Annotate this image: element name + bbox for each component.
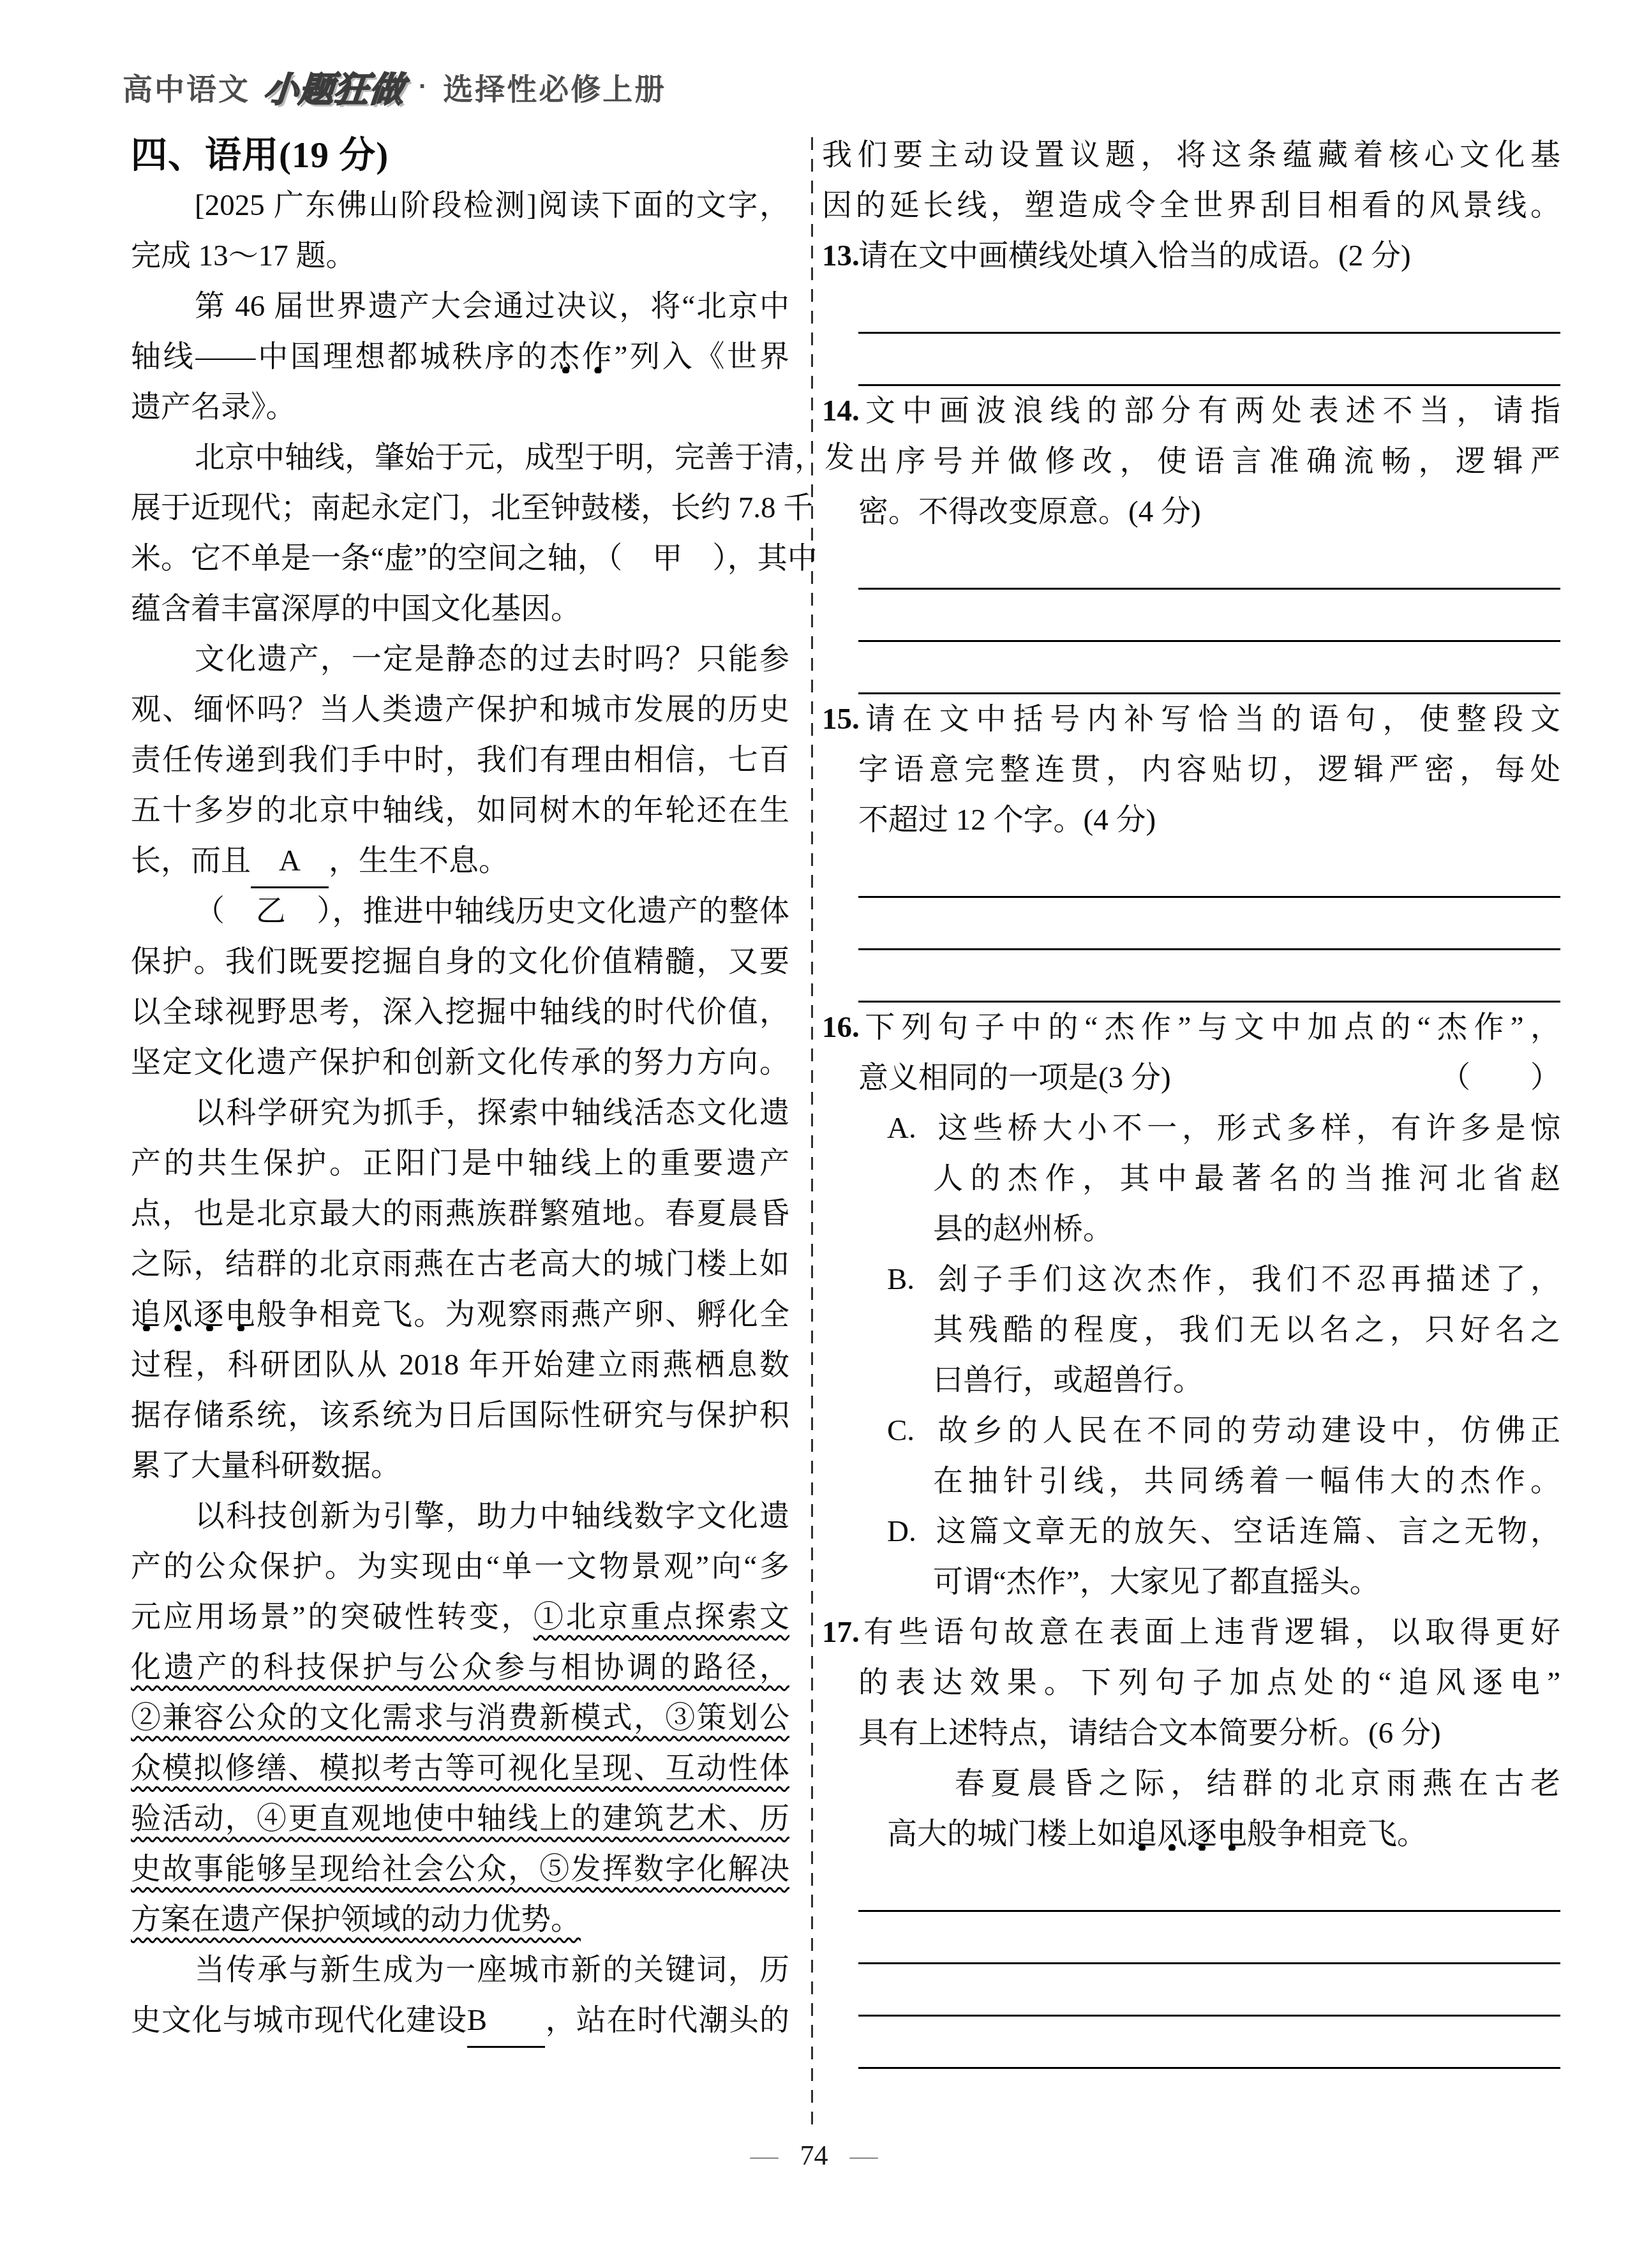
wavy-underlined-text: 众模拟修缮、模拟考古等可视化呈现、互动性体 <box>131 1752 789 1785</box>
plain-text: 文中画波浪线的部分有两处表述不当，请指 <box>858 394 1560 428</box>
item-number: A. <box>887 1103 933 1154</box>
item-number: 14. <box>822 386 858 436</box>
emphasis-dotted-text: 逐 <box>1187 1817 1217 1851</box>
plain-text: 产的公众保护。为实现由“单一文物景观”向“多 <box>131 1550 789 1583</box>
wavy-underlined-text: ①北京重点探索文 <box>534 1600 789 1634</box>
text-line: 密。不得改变原意。(4 分) <box>822 487 1560 537</box>
text-line: 我们要主动设置议题，将这条蕴藏着核心文化基 <box>822 130 1560 181</box>
plain-text: 我们要主动设置议题，将这条蕴藏着核心文化基 <box>822 138 1560 172</box>
plain-text: 般争相竞飞。 <box>1247 1817 1427 1851</box>
text-line: D.这篇文章无的放矢、空话连篇、言之无物， <box>822 1507 1560 1557</box>
wavy-underlined-text: ②兼容公众的文化需求与消费新模式，③策划公 <box>131 1701 789 1735</box>
text-line: 其残酷的程度，我们无以名之，只好名之 <box>822 1305 1560 1355</box>
item-number: D. <box>887 1507 933 1557</box>
plain-text: 高大的城门楼上如 <box>887 1817 1127 1851</box>
emphasis-dotted-text: 逐 <box>194 1298 225 1331</box>
text-line: 意义相同的一项是(3 分)（ ） <box>822 1053 1560 1103</box>
plain-text: 产的共生保护。正阳门是中轴线上的重要遗产 <box>131 1147 789 1180</box>
answer-blank-line <box>858 642 1560 694</box>
text-line: 16.下列句子中的“杰作”与文中加点的“杰作”， <box>822 1003 1560 1053</box>
emphasis-dotted-text: 作 <box>582 340 615 373</box>
plain-text: 点，也是北京最大的雨燕族群繁殖地。春夏晨昏 <box>131 1197 789 1230</box>
text-line: 曰兽行，或超兽行。 <box>822 1355 1560 1406</box>
answer-blank-line <box>858 537 1560 590</box>
text-line: 米。它不单是一条“虚”的空间之轴，（ 甲 ），其中 <box>131 533 789 584</box>
plain-text: 有些语句故意在表面上违背逻辑，以取得更好 <box>858 1616 1560 1649</box>
plain-text: 元应用场景”的突破性转变， <box>131 1600 534 1634</box>
text-line: 累了大量科研数据。 <box>131 1441 789 1491</box>
plain-text: ，生生不息。 <box>329 844 509 877</box>
wavy-underlined-text: 化遗产的科技保护与公众参与相协调的路径， <box>131 1651 789 1684</box>
fill-in-blank: A <box>251 836 329 888</box>
text-line: 因的延长线，塑造成令全世界刮目相看的风景线。 <box>822 181 1560 231</box>
plain-text: 字语意完整连贯，内容贴切，逻辑严密，每处 <box>858 753 1560 786</box>
plain-text: 第 46 届世界遗产大会通过决议，将“北京中 <box>195 290 789 323</box>
emphasis-dotted-text: 风 <box>162 1298 193 1331</box>
plain-text: 下列句子中的“杰作”与文中加点的“杰作”， <box>858 1011 1560 1044</box>
plain-text: 出序号并做修改，使语言准确流畅，逻辑严 <box>858 445 1560 478</box>
answer-blank-line <box>858 1912 1560 1964</box>
answer-blank-line <box>858 898 1560 950</box>
text-line: 出序号并做修改，使语言准确流畅，逻辑严 <box>822 436 1560 487</box>
text-line: 可谓“杰作”，大家见了都直摇头。 <box>822 1557 1560 1608</box>
text-line: 展于近现代；南起永定门，北至钟鼓楼，长约 7.8 千 <box>131 483 789 533</box>
plain-text: 可谓“杰作”，大家见了都直摇头。 <box>933 1565 1380 1599</box>
answer-blank-line <box>858 334 1560 386</box>
text-line: 14.文中画波浪线的部分有两处表述不当，请指 <box>822 386 1560 436</box>
text-line: 蕴含着丰富深厚的中国文化基因。 <box>131 584 789 634</box>
text-line: 之际，结群的北京雨燕在古老高大的城门楼上如 <box>131 1239 789 1290</box>
series-logo: 小题狂做 <box>262 63 407 112</box>
text-line: 保护。我们既要挖掘自身的文化价值精髓，又要 <box>131 937 789 987</box>
text-line: 高大的城门楼上如追风逐电般争相竞飞。 <box>822 1809 1560 1860</box>
fill-in-blank: B <box>467 1996 545 2048</box>
header-volume-title: 选择性必修上册 <box>443 66 666 108</box>
text-line: 以全球视野思考，深入挖掘中轴线的时代价值， <box>131 987 789 1038</box>
emphasis-dotted-text: 电 <box>225 1298 257 1331</box>
text-line: 史故事能够呈现给社会公众，⑤发挥数字化解决 <box>131 1844 789 1895</box>
plain-text: 展于近现代；南起永定门，北至钟鼓楼，长约 7.8 千 <box>131 491 813 525</box>
header-separator-dot: · <box>419 73 429 101</box>
text-line: 元应用场景”的突破性转变，①北京重点探索文 <box>131 1592 789 1643</box>
plain-text: （ 乙 ），推进中轴线历史文化遗产的整体 <box>195 895 789 928</box>
emphasis-dotted-text: 追 <box>131 1298 162 1331</box>
plain-text: 曰兽行，或超兽行。 <box>933 1364 1203 1397</box>
text-line: 追风逐电般争相竞飞。为观察雨燕产卵、孵化全 <box>131 1290 789 1340</box>
text-line: 县的赵州桥。 <box>822 1204 1560 1255</box>
answer-blank-line <box>858 590 1560 642</box>
plain-text: 观、缅怀吗？当人类遗产保护和城市发展的历史 <box>131 693 789 726</box>
text-line: 轴线——中国理想都城秩序的杰作”列入《世界 <box>131 332 789 382</box>
text-line: 以科学研究为抓手，探索中轴线活态文化遗 <box>131 1088 789 1138</box>
text-line: [2025 广东佛山阶段检测]阅读下面的文字， <box>131 181 789 231</box>
wavy-underlined-text: 史故事能够呈现给社会公众，⑤发挥数字化解决 <box>131 1853 789 1886</box>
answer-blank-line <box>858 1964 1560 2017</box>
text-line: 化遗产的科技保护与公众参与相协调的路径， <box>131 1643 789 1693</box>
plain-text: 因的延长线，塑造成令全世界刮目相看的风景线。 <box>822 189 1560 222</box>
wavy-underlined-text: 方案在遗产保护领域的动力优势。 <box>131 1903 581 1936</box>
plain-text: 以全球视野思考，深入挖掘中轴线的时代价值， <box>131 996 789 1029</box>
text-line: A.这些桥大小不一，形式多样，有许多是惊 <box>822 1103 1560 1154</box>
text-line: 点，也是北京最大的雨燕族群繁殖地。春夏晨昏 <box>131 1189 789 1239</box>
plain-text: 蕴含着丰富深厚的中国文化基因。 <box>131 592 581 625</box>
text-line: 以科技创新为引擎，助力中轴线数字文化遗 <box>131 1491 789 1542</box>
plain-text: 请在文中画横线处填入恰当的成语。(2 分) <box>858 239 1411 272</box>
plain-text: 县的赵州桥。 <box>933 1212 1113 1246</box>
plain-text: 春夏晨昏之际，结群的北京雨燕在古老 <box>955 1767 1560 1800</box>
answer-blank-line <box>858 281 1560 334</box>
text-line: 春夏晨昏之际，结群的北京雨燕在古老 <box>822 1759 1560 1809</box>
emphasis-dotted-text: 追 <box>1127 1817 1157 1851</box>
answer-blank-line <box>858 846 1560 898</box>
plain-text: ，站在时代潮头的 <box>545 2004 789 2037</box>
footer-dash-left: — <box>729 2140 800 2171</box>
answer-blank-line <box>858 2017 1560 2069</box>
plain-text: 人的杰作，其中最著名的当推河北省赵 <box>933 1162 1560 1195</box>
footer-dash-right: — <box>828 2140 900 2171</box>
plain-text: 米。它不单是一条“虚”的空间之轴，（ 甲 ），其中 <box>131 542 818 575</box>
text-line: 方案在遗产保护领域的动力优势。 <box>131 1895 789 1945</box>
text-line: 15.请在文中括号内补写恰当的语句，使整段文 <box>822 694 1560 745</box>
text-line: 的表达效果。下列句子加点处的“追风逐电” <box>822 1658 1560 1708</box>
right-column: 我们要主动设置议题，将这条蕴藏着核心文化基因的延长线，塑造成令全世界刮目相看的风… <box>822 130 1560 2069</box>
plain-text: 之际，结群的北京雨燕在古老高大的城门楼上如 <box>131 1248 789 1281</box>
plain-text: 这些桥大小不一，形式多样，有许多是惊 <box>933 1112 1560 1145</box>
plain-text: 遗产名录》。 <box>131 391 296 424</box>
plain-text: 保护。我们既要挖掘自身的文化价值精髓，又要 <box>131 945 789 978</box>
emphasis-dotted-text: 电 <box>1217 1817 1247 1851</box>
text-line: 过程，科研团队从 2018 年开始建立雨燕栖息数 <box>131 1340 789 1391</box>
text-line: 北京中轴线，肇始于元，成型于明，完善于清，发 <box>131 433 789 483</box>
text-line: 众模拟修缮、模拟考古等可视化呈现、互动性体 <box>131 1743 789 1794</box>
page-footer: —74— <box>0 2139 1628 2172</box>
plain-text: 过程，科研团队从 2018 年开始建立雨燕栖息数 <box>131 1348 789 1382</box>
text-line: 13.请在文中画横线处填入恰当的成语。(2 分) <box>822 231 1560 281</box>
plain-text: 般争相竞飞。为观察雨燕产卵、孵化全 <box>257 1298 789 1331</box>
answer-blank-line <box>858 1860 1560 1912</box>
item-number: B. <box>887 1255 933 1305</box>
text-line: 具有上述特点，请结合文本简要分析。(6 分) <box>822 1708 1560 1759</box>
item-number: C. <box>887 1406 933 1456</box>
text-line: ②兼容公众的文化需求与消费新模式，③策划公 <box>131 1693 789 1743</box>
plain-text: 不超过 12 个字。(4 分) <box>858 803 1156 837</box>
plain-text: 这篇文章无的放矢、空话连篇、言之无物， <box>933 1515 1560 1548</box>
plain-text: 其残酷的程度，我们无以名之，只好名之 <box>933 1313 1560 1347</box>
plain-text: 长，而且 <box>131 844 251 877</box>
text-line: 不超过 12 个字。(4 分) <box>822 795 1560 846</box>
page-number: 74 <box>800 2140 828 2171</box>
text-line: 责任传递到我们手中时，我们有理由相信，七百 <box>131 735 789 786</box>
plain-text: 坚定文化遗产保护和创新文化传承的努力方向。 <box>131 1046 789 1079</box>
text-line: 五十多岁的北京中轴线，如同树木的年轮还在生 <box>131 786 789 836</box>
text-line: 人的杰作，其中最著名的当推河北省赵 <box>822 1154 1560 1204</box>
text-line: 坚定文化遗产保护和创新文化传承的努力方向。 <box>131 1038 789 1088</box>
text-line: 在抽针引线，共同绣着一幅伟大的杰作。 <box>822 1456 1560 1507</box>
text-line: 产的公众保护。为实现由“单一文物景观”向“多 <box>131 1542 789 1592</box>
plain-text: 北京中轴线，肇始于元，成型于明，完善于清，发 <box>195 441 855 474</box>
plain-text: 密。不得改变原意。(4 分) <box>858 495 1201 528</box>
text-line: 当传承与新生成为一座城市新的关键词，历 <box>131 1945 789 1996</box>
text-line: （ 乙 ），推进中轴线历史文化遗产的整体 <box>131 886 789 937</box>
plain-text: 以科学研究为抓手，探索中轴线活态文化遗 <box>195 1096 789 1130</box>
plain-text: 累了大量科研数据。 <box>131 1449 401 1482</box>
section-heading: 四、语用(19 分) <box>131 130 389 181</box>
item-number: 13. <box>822 231 858 281</box>
text-line: 长，而且A，生生不息。 <box>131 836 789 886</box>
emphasis-dotted-text: 风 <box>1157 1817 1187 1851</box>
plain-text: 故乡的人民在不同的劳动建设中，仿佛正 <box>933 1414 1560 1447</box>
plain-text: 完成 13～17 题。 <box>131 239 356 272</box>
text-line: B.刽子手们这次杰作，我们不忍再描述了， <box>822 1255 1560 1305</box>
page-header: 高中语文 小题狂做 · 选择性必修上册 <box>123 61 666 112</box>
answer-bracket: （ ） <box>1440 1053 1560 1103</box>
answer-blank-line <box>858 950 1560 1003</box>
plain-text: 史文化与城市现代化建设 <box>131 2004 467 2037</box>
header-course-title: 高中语文 <box>123 66 250 108</box>
plain-text: 具有上述特点，请结合文本简要分析。(6 分) <box>858 1717 1441 1750</box>
plain-text: ”列入《世界 <box>614 340 789 373</box>
plain-text: 责任传递到我们手中时，我们有理由相信，七百 <box>131 743 789 777</box>
plain-text: 请在文中括号内补写恰当的语句，使整段文 <box>858 703 1560 736</box>
text-line: 验活动，④更直观地使中轴线上的建筑艺术、历 <box>131 1794 789 1844</box>
plain-text: 五十多岁的北京中轴线，如同树木的年轮还在生 <box>131 794 789 827</box>
text-line: 据存储系统，该系统为日后国际性研究与保护积 <box>131 1391 789 1441</box>
item-number: 17. <box>822 1608 858 1658</box>
left-column: [2025 广东佛山阶段检测]阅读下面的文字，完成 13～17 题。第 46 届… <box>131 181 789 2046</box>
text-line: 史文化与城市现代化建设B，站在时代潮头的 <box>131 1996 789 2046</box>
plain-text: [2025 广东佛山阶段检测]阅读下面的文字， <box>195 189 789 222</box>
item-number: 15. <box>822 694 858 745</box>
plain-text: 当传承与新生成为一座城市新的关键词，历 <box>195 1953 789 1987</box>
plain-text: 刽子手们这次杰作，我们不忍再描述了， <box>933 1263 1560 1296</box>
plain-text: 意义相同的一项是(3 分) <box>858 1061 1171 1094</box>
text-line: 产的共生保护。正阳门是中轴线上的重要遗产 <box>131 1138 789 1189</box>
plain-text: 在抽针引线，共同绣着一幅伟大的杰作。 <box>933 1465 1560 1498</box>
plain-text: 轴线——中国理想都城秩序的 <box>131 340 549 373</box>
text-line: 观、缅怀吗？当人类遗产保护和城市发展的历史 <box>131 685 789 735</box>
text-line: C.故乡的人民在不同的劳动建设中，仿佛正 <box>822 1406 1560 1456</box>
plain-text: 据存储系统，该系统为日后国际性研究与保护积 <box>131 1399 789 1432</box>
text-line: 完成 13～17 题。 <box>131 231 789 281</box>
item-number: 16. <box>822 1003 858 1053</box>
workbook-page: 高中语文 小题狂做 · 选择性必修上册 四、语用(19 分) [2025 广东佛… <box>0 0 1628 2268</box>
plain-text: 文化遗产，一定是静态的过去时吗？只能参 <box>195 643 789 676</box>
text-line: 遗产名录》。 <box>131 382 789 433</box>
text-line: 17.有些语句故意在表面上违背逻辑，以取得更好 <box>822 1608 1560 1658</box>
emphasis-dotted-text: 杰 <box>549 340 582 373</box>
wavy-underlined-text: 验活动，④更直观地使中轴线上的建筑艺术、历 <box>131 1802 789 1835</box>
plain-text: 的表达效果。下列句子加点处的“追风逐电” <box>858 1666 1560 1699</box>
text-line: 第 46 届世界遗产大会通过决议，将“北京中 <box>131 281 789 332</box>
plain-text: 以科技创新为引擎，助力中轴线数字文化遗 <box>195 1500 789 1533</box>
text-line: 字语意完整连贯，内容贴切，逻辑严密，每处 <box>822 745 1560 795</box>
text-line: 文化遗产，一定是静态的过去时吗？只能参 <box>131 634 789 685</box>
